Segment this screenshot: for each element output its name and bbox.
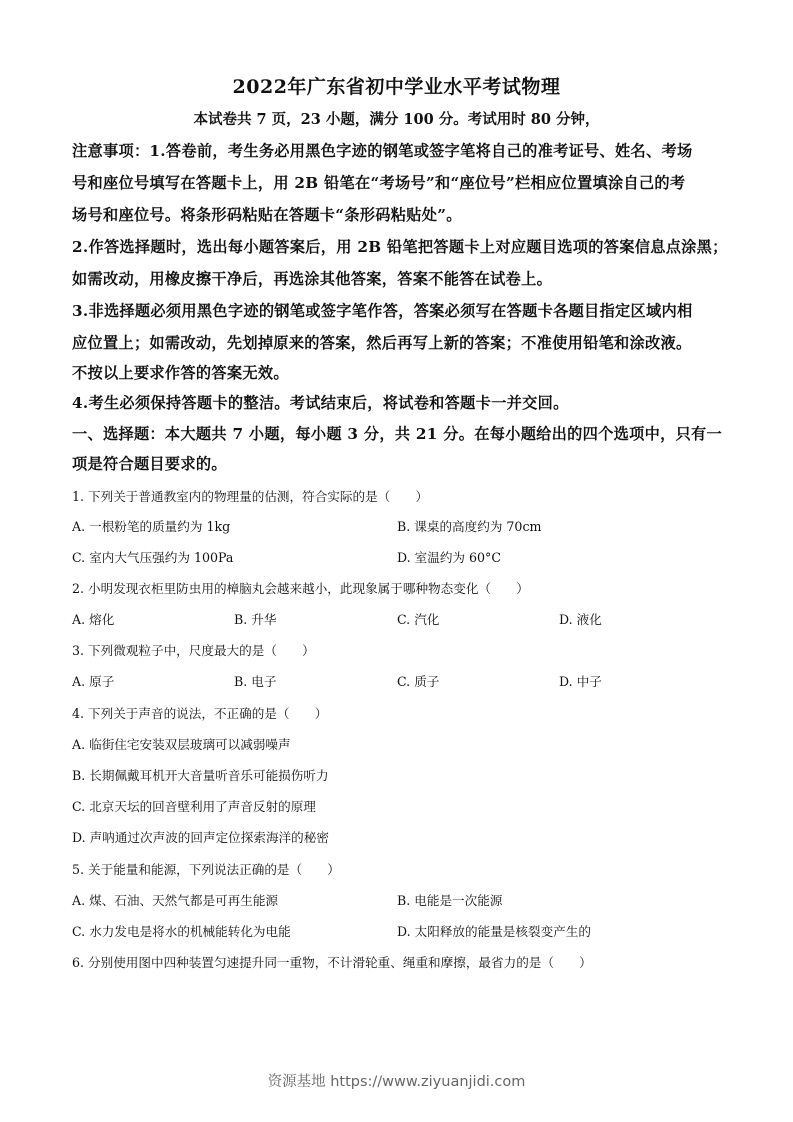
notice-line: 不按以上要求作答的答案无效。 [72, 362, 732, 383]
notice-line: 3.非选择题必须用黑色字迹的钢笔或签字笔作答，答案必须写在答题卡各题目指定区域内… [72, 300, 732, 321]
question-stem: 5. 关于能量和能源，下列说法正确的是（ ） [72, 859, 340, 878]
option-c: C. 汽化 [397, 609, 439, 628]
question-stem: 4. 下列关于声音的说法，不正确的是（ ） [72, 703, 327, 722]
option-c: C. 质子 [397, 671, 439, 690]
option-c: C. 北京天坛的回音壁利用了声音反射的原理 [72, 796, 316, 815]
option-c: C. 水力发电是将水的机械能转化为电能 [72, 921, 291, 940]
option-d: D. 室温约为 60°C [397, 547, 501, 566]
question-stem: 6. 分别使用图中四种装置匀速提升同一重物，不计滑轮重、绳重和摩擦，最省力的是（… [72, 952, 592, 971]
exam-page: 2022年广东省初中学业水平考试物理 本试卷共 7 页，23 小题，满分 100… [0, 0, 793, 1122]
option-a: A. 临街住宅安装双层玻璃可以减弱噪声 [72, 734, 291, 753]
option-b: B. 课桌的高度约为 70cm [397, 516, 541, 535]
question-stem: 2. 小明发现衣柜里防虫用的樟脑丸会越来越小，此现象属于哪种物态变化（ ） [72, 578, 529, 597]
option-a: A. 煤、石油、天然气都是可再生能源 [72, 890, 278, 909]
section-heading: 一、选择题：本大题共 7 小题，每小题 3 分，共 21 分。在每小题给出的四个… [72, 423, 732, 444]
option-a: A. 熔化 [72, 609, 114, 628]
section-heading: 项是符合题目要求的。 [72, 453, 732, 474]
option-b: B. 升华 [234, 609, 276, 628]
option-b: B. 长期佩戴耳机开大音量听音乐可能损伤听力 [72, 765, 329, 784]
option-c: C. 室内大气压强约为 100Pa [72, 547, 233, 566]
exam-info: 本试卷共 7 页，23 小题，满分 100 分。考试用时 80 分钟， [0, 108, 793, 129]
notice-line: 场号和座位号。将条形码粘贴在答题卡“条形码粘贴处”。 [72, 204, 732, 225]
watermark-footer: 资源基地 https://www.ziyuanjidi.com [0, 1070, 793, 1091]
option-d: D. 液化 [559, 609, 602, 628]
option-a: A. 一根粉笔的质量约为 1kg [72, 516, 230, 535]
question-stem: 1. 下列关于普通教室内的物理量的估测，符合实际的是（ ） [72, 486, 428, 505]
option-d: D. 中子 [559, 671, 602, 690]
notice-line: 如需改动，用橡皮擦干净后，再选涂其他答案，答案不能答在试卷上。 [72, 268, 732, 289]
notice-line: 号和座位号填写在答题卡上，用 2B 铅笔在“考场号”和“座位号”栏相应位置填涂自… [72, 172, 732, 193]
option-d: D. 声呐通过次声波的回声定位探索海洋的秘密 [72, 827, 329, 846]
notice-line: 应位置上；如需改动，先划掉原来的答案，然后再写上新的答案；不准使用铅笔和涂改液。 [72, 332, 732, 353]
notice-line: 注意事项：1.答卷前，考生务必用黑色字迹的钢笔或签字笔将自己的准考证号、姓名、考… [72, 140, 732, 161]
option-b: B. 电能是一次能源 [397, 890, 502, 909]
option-d: D. 太阳释放的能量是核裂变产生的 [397, 921, 591, 940]
page-title: 2022年广东省初中学业水平考试物理 [0, 72, 793, 99]
option-b: B. 电子 [234, 671, 276, 690]
question-stem: 3. 下列微观粒子中，尺度最大的是（ ） [72, 640, 315, 659]
notice-line: 2.作答选择题时，选出每小题答案后，用 2B 铅笔把答题卡上对应题目选项的答案信… [72, 236, 732, 257]
notice-line: 4.考生必须保持答题卡的整洁。考试结束后，将试卷和答题卡一并交回。 [72, 392, 732, 413]
option-a: A. 原子 [72, 671, 114, 690]
